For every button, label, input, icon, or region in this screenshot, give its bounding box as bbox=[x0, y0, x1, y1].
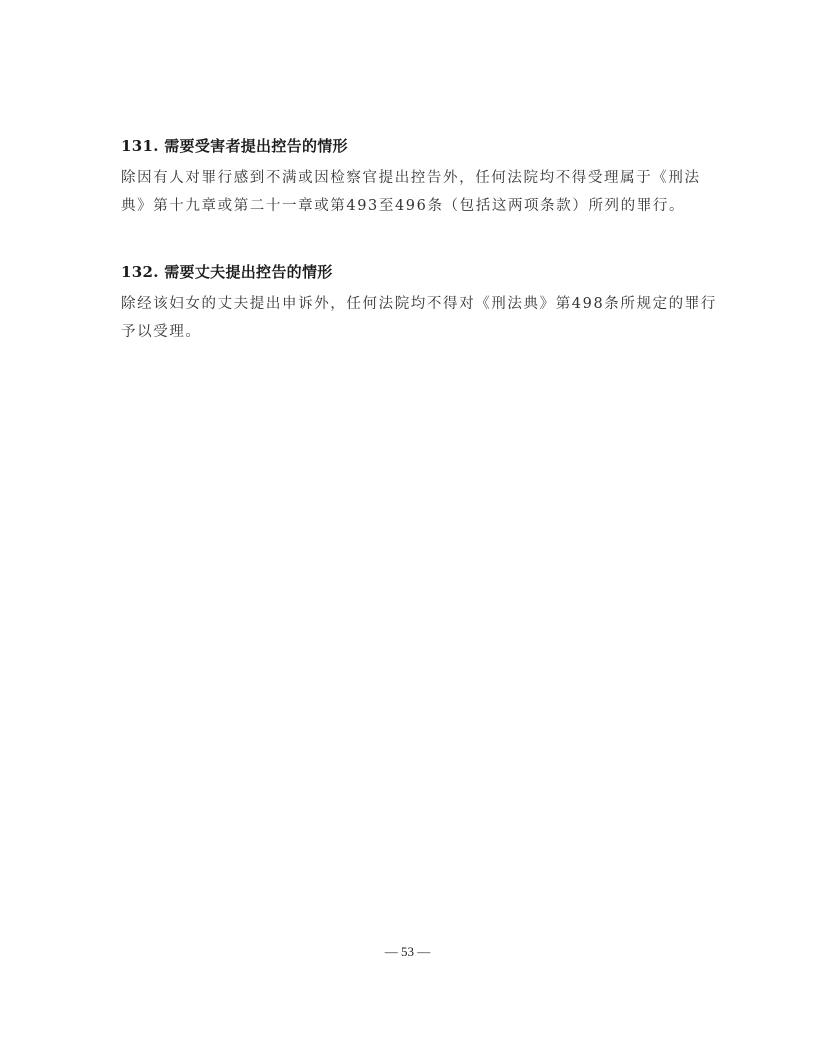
paragraph-line: 典》第十九章或第二十一章或第493至496条（包括这两项条款）所列的罪行。 bbox=[121, 192, 701, 220]
section-131: 131. 需要受害者提出控告的情形 除因有人对罪行感到不满或因检察官提出控告外，… bbox=[121, 136, 701, 220]
section-132: 132. 需要丈夫提出控告的情形 除经该妇女的丈夫提出申诉外，任何法院均不得对《… bbox=[121, 262, 701, 346]
section-paragraph: 除因有人对罪行感到不满或因检察官提出控告外，任何法院均不得受理属于《刑法 典》第… bbox=[121, 164, 701, 220]
section-paragraph: 除经该妇女的丈夫提出申诉外，任何法院均不得对《刑法典》第498条所规定的罪行 予… bbox=[121, 290, 701, 346]
page-number: — 53 — bbox=[0, 944, 815, 960]
paragraph-line: 除因有人对罪行感到不满或因检察官提出控告外，任何法院均不得受理属于《刑法 bbox=[121, 164, 701, 192]
section-heading: 132. 需要丈夫提出控告的情形 bbox=[121, 262, 701, 282]
section-heading: 131. 需要受害者提出控告的情形 bbox=[121, 136, 701, 156]
document-page: 131. 需要受害者提出控告的情形 除因有人对罪行感到不满或因检察官提出控告外，… bbox=[0, 0, 815, 1055]
paragraph-line: 予以受理。 bbox=[121, 318, 701, 346]
paragraph-line: 除经该妇女的丈夫提出申诉外，任何法院均不得对《刑法典》第498条所规定的罪行 bbox=[121, 290, 701, 318]
